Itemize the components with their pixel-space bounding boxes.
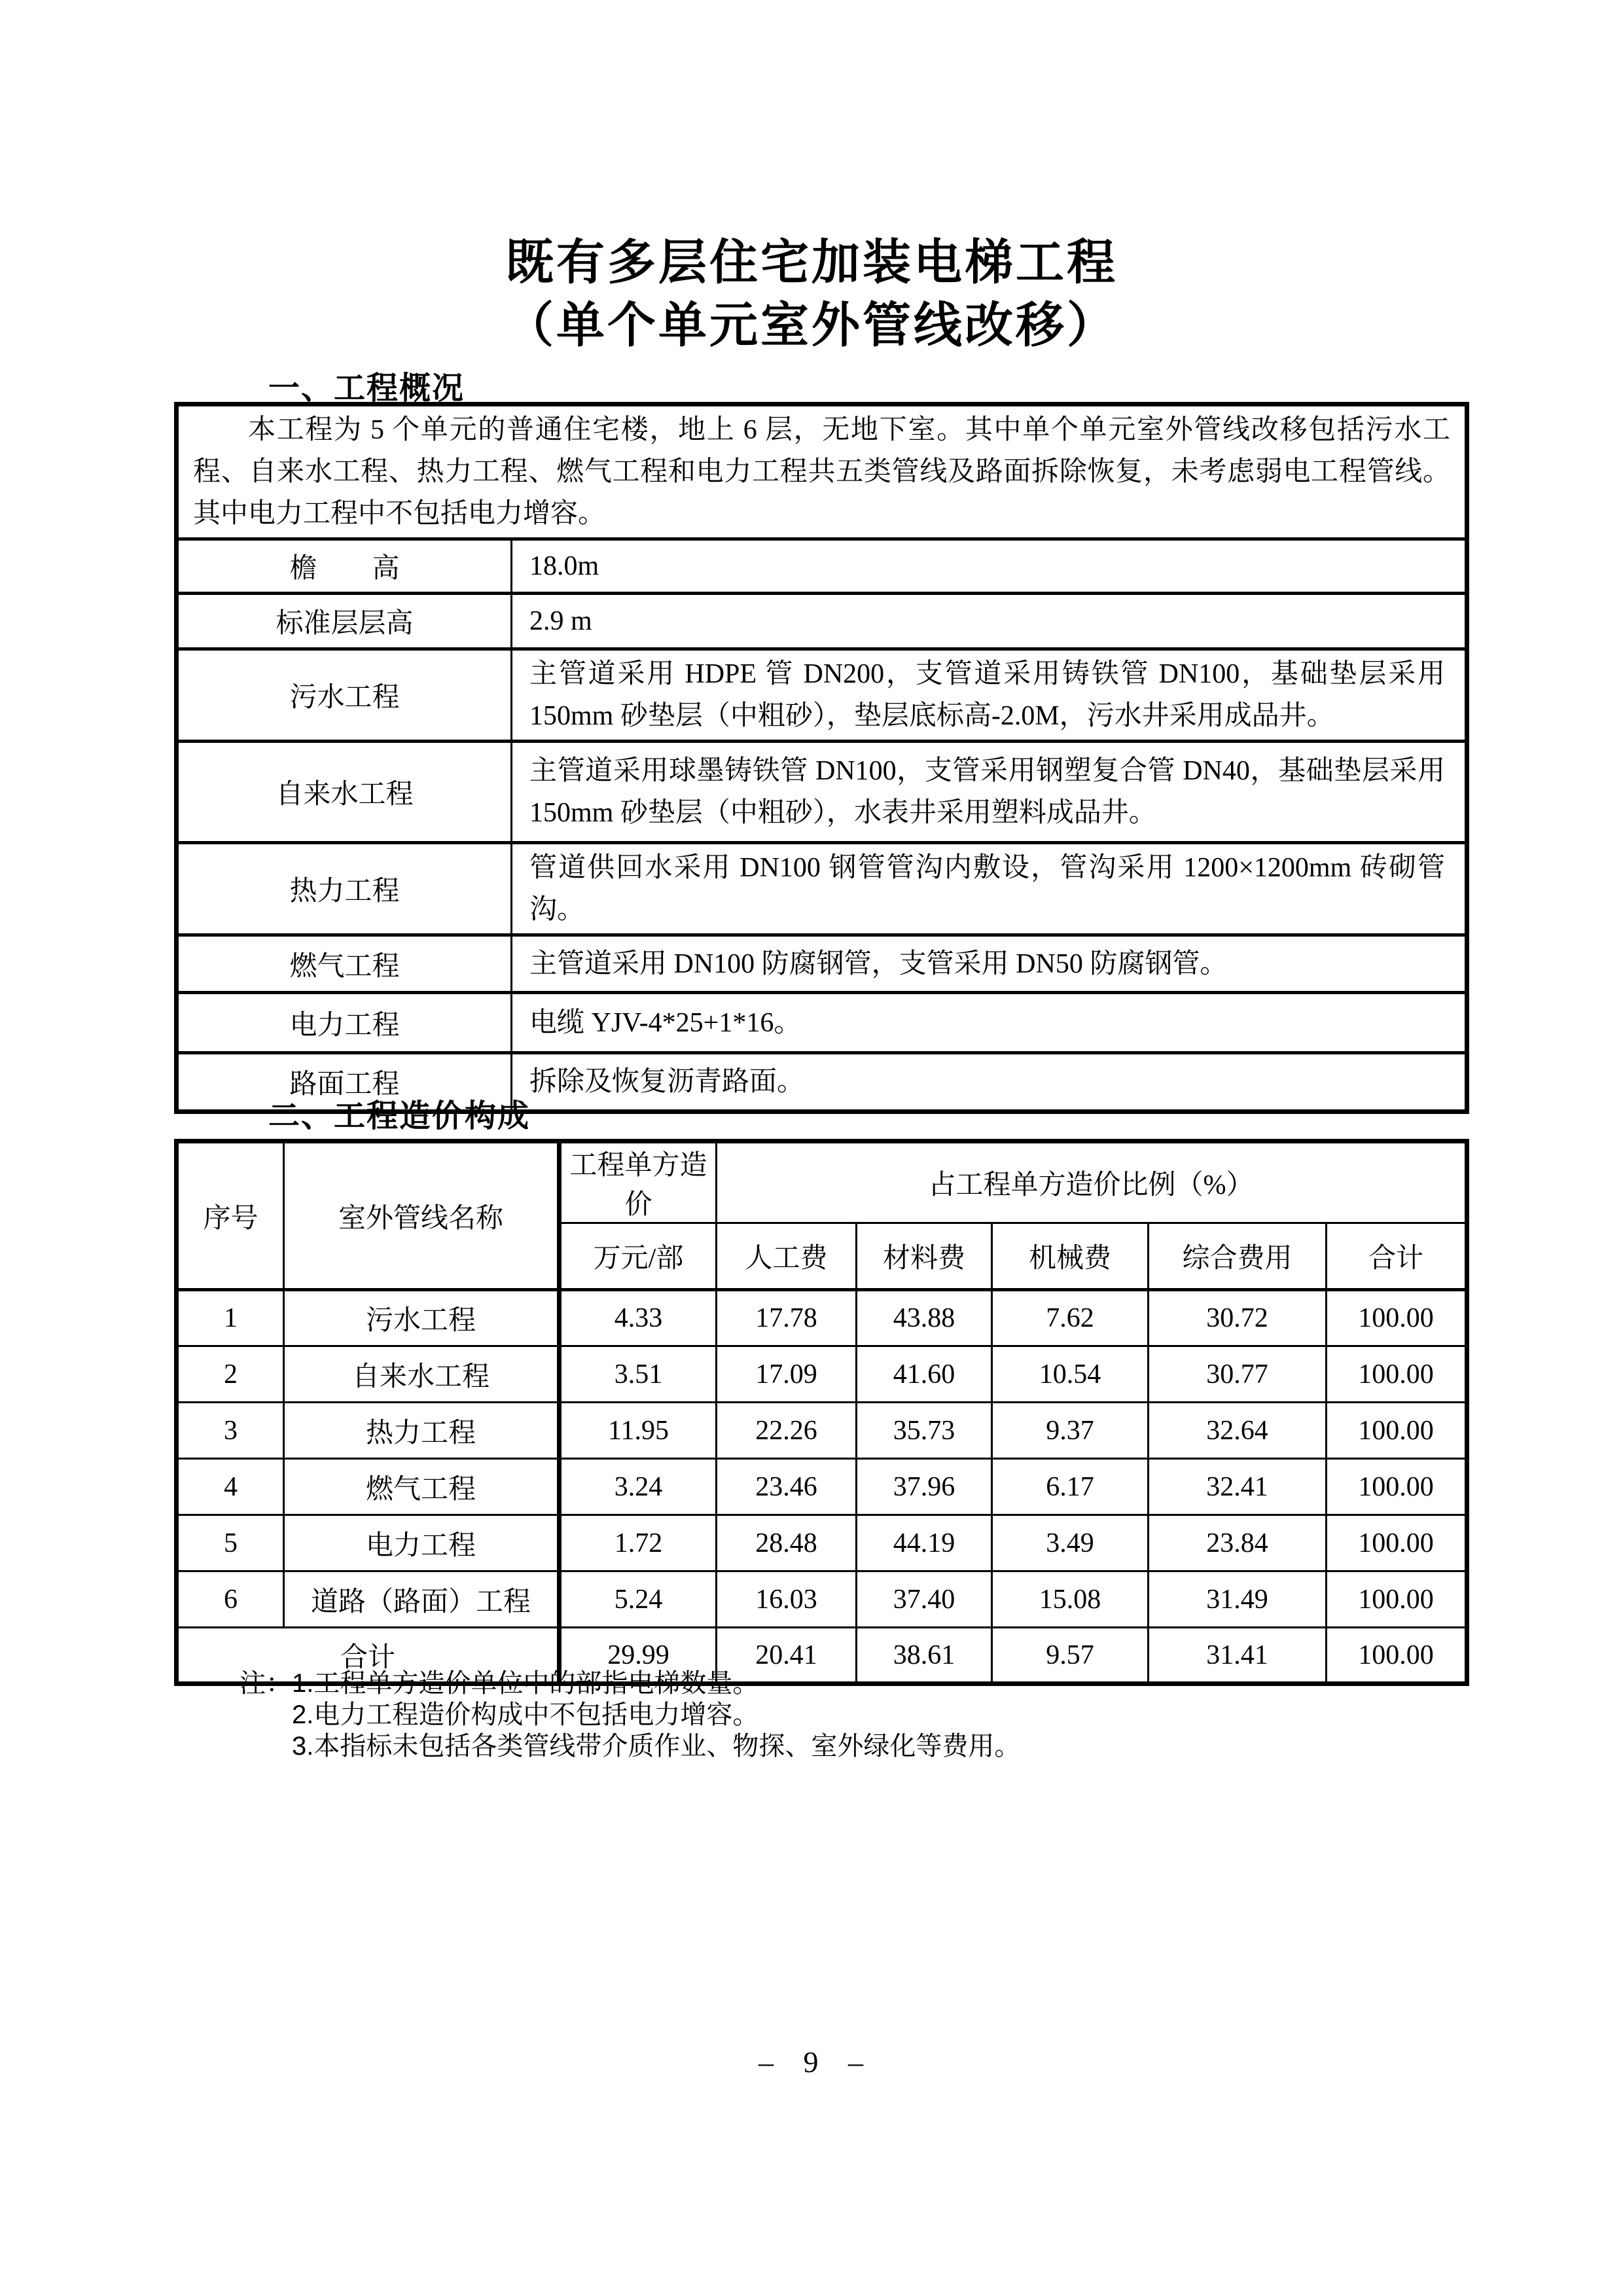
cell-total: 100.00 xyxy=(1327,1346,1467,1403)
row-label: 污水工程 xyxy=(177,649,512,742)
table-row: 电力工程 电缆 YJV-4*25+1*16。 xyxy=(177,993,1467,1053)
table-row: 1 污水工程 4.33 17.78 43.88 7.62 30.72 100.0… xyxy=(177,1290,1467,1346)
cell-unit-cost: 1.72 xyxy=(560,1515,717,1571)
page-number: – 9 – xyxy=(0,2045,1623,2079)
row-label: 自来水工程 xyxy=(177,742,512,843)
total-comprehensive: 31.41 xyxy=(1149,1628,1327,1684)
header-unit-cost: 工程单方造价 xyxy=(560,1141,717,1223)
page-title-line1: 既有多层住宅加装电梯工程 xyxy=(0,237,1623,290)
cost-composition-table: 序号 室外管线名称 工程单方造价 占工程单方造价比例（%） 万元/部 人工费 材… xyxy=(174,1139,1469,1686)
table-row: 4 燃气工程 3.24 23.46 37.96 6.17 32.41 100.0… xyxy=(177,1459,1467,1515)
cell-comprehensive: 32.41 xyxy=(1149,1459,1327,1515)
row-value: 电缆 YJV-4*25+1*16。 xyxy=(512,993,1467,1053)
cell-machine: 3.49 xyxy=(992,1515,1149,1571)
cell-material: 35.73 xyxy=(857,1403,992,1459)
cell-comprehensive: 32.64 xyxy=(1149,1403,1327,1459)
header-unit-cost-sub: 万元/部 xyxy=(560,1223,717,1290)
header-material: 材料费 xyxy=(857,1223,992,1290)
cell-material: 43.88 xyxy=(857,1290,992,1346)
table-row: 檐 高 18.0m xyxy=(177,539,1467,594)
cell-comprehensive: 30.77 xyxy=(1149,1346,1327,1403)
cell-name: 道路（路面）工程 xyxy=(284,1571,560,1628)
note-item: 3.本指标未包括各类管线带介质作业、物探、室外绿化等费用。 xyxy=(292,1732,1020,1761)
row-label: 电力工程 xyxy=(177,993,512,1053)
note-line: 注：1.工程单方造价单位中的部指电梯数量。 xyxy=(240,1668,1020,1699)
cell-material: 41.60 xyxy=(857,1346,992,1403)
cell-material: 44.19 xyxy=(857,1515,992,1571)
cell-seq: 3 xyxy=(177,1403,284,1459)
note-line: 2.电力工程造价构成中不包括电力增容。 xyxy=(240,1699,1020,1731)
table-row: 燃气工程 主管道采用 DN100 防腐钢管，支管采用 DN50 防腐钢管。 xyxy=(177,935,1467,993)
header-name: 室外管线名称 xyxy=(284,1141,560,1290)
table-row: 本工程为 5 个单元的普通住宅楼，地上 6 层，无地下室。其中单个单元室外管线改… xyxy=(177,404,1467,539)
cell-seq: 5 xyxy=(177,1515,284,1571)
cell-machine: 9.37 xyxy=(992,1403,1149,1459)
table-header-row: 序号 室外管线名称 工程单方造价 占工程单方造价比例（%） xyxy=(177,1141,1467,1223)
cell-name: 热力工程 xyxy=(284,1403,560,1459)
header-total: 合计 xyxy=(1327,1223,1467,1290)
cell-name: 电力工程 xyxy=(284,1515,560,1571)
header-seq: 序号 xyxy=(177,1141,284,1290)
row-value: 拆除及恢复沥青路面。 xyxy=(512,1053,1467,1112)
cell-name: 燃气工程 xyxy=(284,1459,560,1515)
section1-heading: 一、工程概况 xyxy=(268,370,465,406)
header-labor: 人工费 xyxy=(717,1223,857,1290)
cell-seq: 1 xyxy=(177,1290,284,1346)
cell-machine: 6.17 xyxy=(992,1459,1149,1515)
cell-unit-cost: 11.95 xyxy=(560,1403,717,1459)
table-row: 污水工程 主管道采用 HDPE 管 DN200，支管道采用铸铁管 DN100，基… xyxy=(177,649,1467,742)
cell-unit-cost: 3.24 xyxy=(560,1459,717,1515)
table-row: 自来水工程 主管道采用球墨铸铁管 DN100，支管采用钢塑复合管 DN40，基础… xyxy=(177,742,1467,843)
cell-comprehensive: 30.72 xyxy=(1149,1290,1327,1346)
cell-total: 100.00 xyxy=(1327,1515,1467,1571)
cell-name: 自来水工程 xyxy=(284,1346,560,1403)
cell-comprehensive: 31.49 xyxy=(1149,1571,1327,1628)
note-prefix: 注： xyxy=(240,1669,292,1698)
project-overview-table: 本工程为 5 个单元的普通住宅楼，地上 6 层，无地下室。其中单个单元室外管线改… xyxy=(174,402,1469,1114)
cell-labor: 16.03 xyxy=(717,1571,857,1628)
overview-intro: 本工程为 5 个单元的普通住宅楼，地上 6 层，无地下室。其中单个单元室外管线改… xyxy=(177,404,1467,539)
header-ratio-group: 占工程单方造价比例（%） xyxy=(717,1141,1467,1223)
cell-labor: 23.46 xyxy=(717,1459,857,1515)
cell-material: 37.40 xyxy=(857,1571,992,1628)
document-page: 既有多层住宅加装电梯工程 （单个单元室外管线改移） 一、工程概况 本工程为 5 … xyxy=(0,0,1623,2296)
table-row: 3 热力工程 11.95 22.26 35.73 9.37 32.64 100.… xyxy=(177,1403,1467,1459)
cell-labor: 28.48 xyxy=(717,1515,857,1571)
row-value: 管道供回水采用 DN100 钢管管沟内敷设，管沟采用 1200×1200mm 砖… xyxy=(512,843,1467,935)
row-value: 18.0m xyxy=(512,539,1467,594)
page-title-line2: （单个单元室外管线改移） xyxy=(0,300,1623,353)
cell-seq: 4 xyxy=(177,1459,284,1515)
note-item: 1.工程单方造价单位中的部指电梯数量。 xyxy=(292,1669,758,1698)
row-value: 2.9 m xyxy=(512,594,1467,649)
header-machine: 机械费 xyxy=(992,1223,1149,1290)
cell-material: 37.96 xyxy=(857,1459,992,1515)
table-row: 5 电力工程 1.72 28.48 44.19 3.49 23.84 100.0… xyxy=(177,1515,1467,1571)
table-row: 2 自来水工程 3.51 17.09 41.60 10.54 30.77 100… xyxy=(177,1346,1467,1403)
row-label: 标准层层高 xyxy=(177,594,512,649)
row-label: 热力工程 xyxy=(177,843,512,935)
row-label: 檐 高 xyxy=(177,539,512,594)
header-comprehensive: 综合费用 xyxy=(1149,1223,1327,1290)
cell-labor: 17.78 xyxy=(717,1290,857,1346)
note-line: 3.本指标未包括各类管线带介质作业、物探、室外绿化等费用。 xyxy=(240,1731,1020,1762)
cell-machine: 15.08 xyxy=(992,1571,1149,1628)
notes-block: 注：1.工程单方造价单位中的部指电梯数量。 2.电力工程造价构成中不包括电力增容… xyxy=(240,1668,1020,1762)
cell-seq: 6 xyxy=(177,1571,284,1628)
table-row: 标准层层高 2.9 m xyxy=(177,594,1467,649)
row-value: 主管道采用 HDPE 管 DN200，支管道采用铸铁管 DN100，基础垫层采用… xyxy=(512,649,1467,742)
cell-unit-cost: 4.33 xyxy=(560,1290,717,1346)
row-value: 主管道采用球墨铸铁管 DN100，支管采用钢塑复合管 DN40，基础垫层采用 1… xyxy=(512,742,1467,843)
total-total: 100.00 xyxy=(1327,1628,1467,1684)
note-item: 2.电力工程造价构成中不包括电力增容。 xyxy=(292,1700,758,1729)
cell-total: 100.00 xyxy=(1327,1403,1467,1459)
row-label: 燃气工程 xyxy=(177,935,512,993)
cell-machine: 10.54 xyxy=(992,1346,1149,1403)
cell-labor: 22.26 xyxy=(717,1403,857,1459)
cell-total: 100.00 xyxy=(1327,1459,1467,1515)
table-row: 热力工程 管道供回水采用 DN100 钢管管沟内敷设，管沟采用 1200×120… xyxy=(177,843,1467,935)
cell-seq: 2 xyxy=(177,1346,284,1403)
cell-name: 污水工程 xyxy=(284,1290,560,1346)
cell-labor: 17.09 xyxy=(717,1346,857,1403)
cell-total: 100.00 xyxy=(1327,1290,1467,1346)
cell-unit-cost: 5.24 xyxy=(560,1571,717,1628)
cell-comprehensive: 23.84 xyxy=(1149,1515,1327,1571)
table-row: 6 道路（路面）工程 5.24 16.03 37.40 15.08 31.49 … xyxy=(177,1571,1467,1628)
row-value: 主管道采用 DN100 防腐钢管，支管采用 DN50 防腐钢管。 xyxy=(512,935,1467,993)
cell-unit-cost: 3.51 xyxy=(560,1346,717,1403)
cell-total: 100.00 xyxy=(1327,1571,1467,1628)
section2-heading: 二、工程造价构成 xyxy=(268,1098,530,1134)
cell-machine: 7.62 xyxy=(992,1290,1149,1346)
